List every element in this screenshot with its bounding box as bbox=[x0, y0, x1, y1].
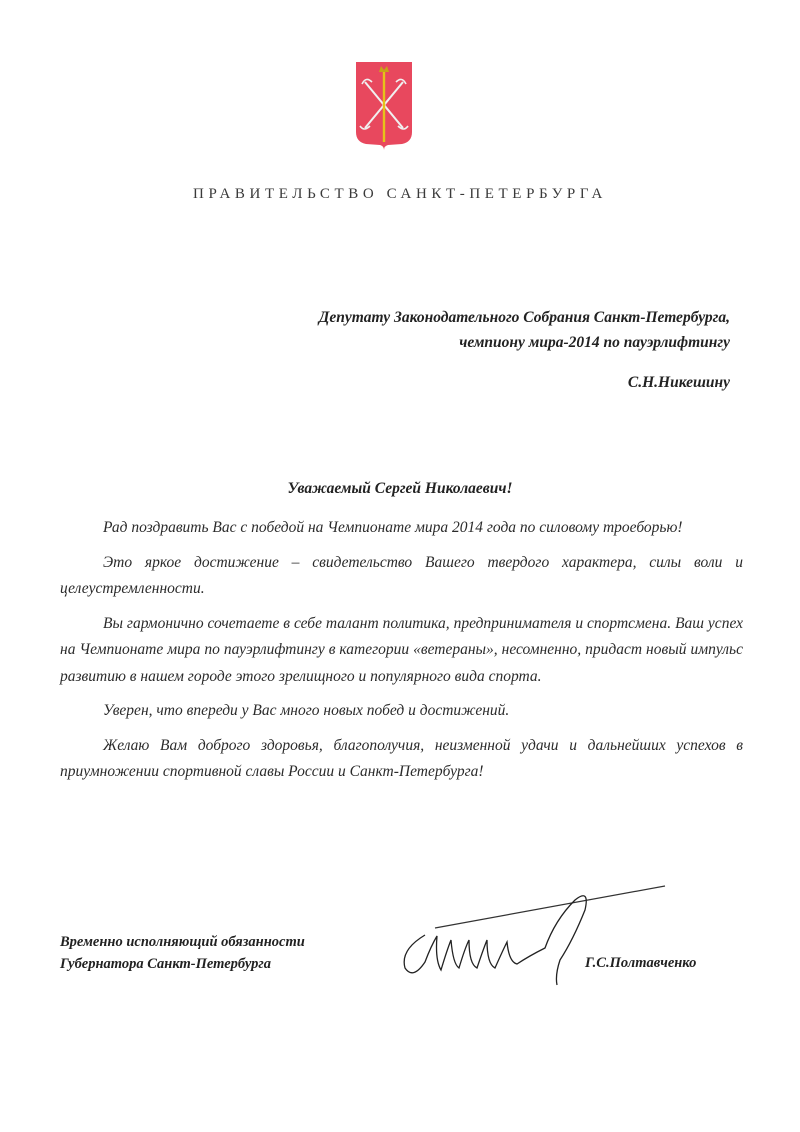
paragraph: Это яркое достижение – свидетельство Ваш… bbox=[60, 550, 743, 603]
handwritten-signature-icon bbox=[395, 880, 675, 990]
coat-of-arms-icon bbox=[352, 60, 416, 150]
letter-body: Рад поздравить Вас с победой на Чемпиона… bbox=[60, 515, 743, 794]
paragraph: Рад поздравить Вас с победой на Чемпиона… bbox=[60, 515, 743, 542]
addressee-block: Депутату Законодательного Собрания Санкт… bbox=[319, 305, 730, 355]
salutation: Уважаемый Сергей Николаевич! bbox=[0, 480, 800, 498]
signer-position-line-2: Губернатора Санкт-Петербурга bbox=[60, 953, 305, 975]
addressee-line-1: Депутату Законодательного Собрания Санкт… bbox=[319, 305, 730, 330]
signer-position-line-1: Временно исполняющий обязанности bbox=[60, 931, 305, 953]
organization-title: ПРАВИТЕЛЬСТВО САНКТ-ПЕТЕРБУРГА bbox=[0, 186, 800, 203]
addressee-name: С.Н.Никешину bbox=[628, 374, 730, 392]
signer-position: Временно исполняющий обязанности Губерна… bbox=[60, 931, 305, 975]
signer-name: Г.С.Полтавченко bbox=[585, 955, 696, 972]
addressee-line-2: чемпиону мира-2014 по пауэрлифтингу bbox=[319, 330, 730, 355]
paragraph: Уверен, что впереди у Вас много новых по… bbox=[60, 698, 743, 725]
paragraph: Вы гармонично сочетаете в себе талант по… bbox=[60, 611, 743, 691]
letter-page: ПРАВИТЕЛЬСТВО САНКТ-ПЕТЕРБУРГА Депутату … bbox=[0, 0, 800, 1132]
paragraph: Желаю Вам доброго здоровья, благополучия… bbox=[60, 733, 743, 786]
